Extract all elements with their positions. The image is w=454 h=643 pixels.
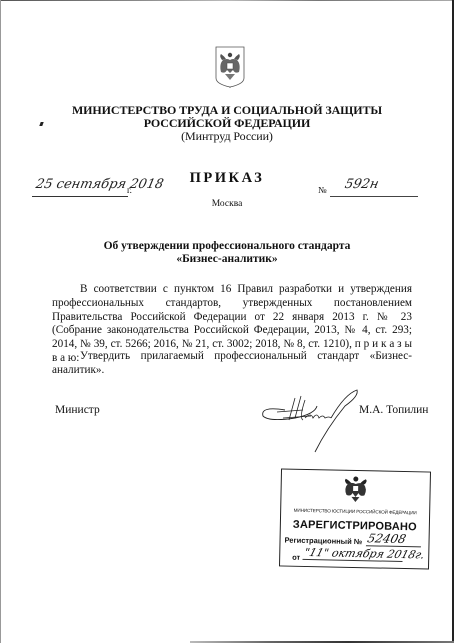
subject-line2: «Бизнес-аналитик» — [0, 253, 454, 266]
ministry-short-name: (Минтруд России) — [0, 130, 454, 143]
stamp-date-label: от — [292, 553, 300, 562]
subject-line1: Об утверждении профессионального стандар… — [0, 240, 454, 253]
stamp-date-value: "11" октября 2018г. — [302, 546, 406, 562]
city: Москва — [0, 199, 454, 209]
handwritten-signature-icon — [255, 388, 360, 458]
stamp-ministry-name: МИНИСТЕРСТВО ЮСТИЦИИ РОССИЙСКОЙ ФЕДЕРАЦИ… — [281, 507, 429, 515]
signer-title: Министр — [55, 404, 100, 416]
registration-stamp: МИНИСТЕРСТВО ЮСТИЦИИ РОССИЙСКОЙ ФЕДЕРАЦИ… — [279, 468, 431, 569]
stamp-regnum-label: Регистрационный № — [284, 536, 362, 547]
order-subject: Об утверждении профессионального стандар… — [0, 240, 454, 266]
order-date-handwritten: 25 сентября 2018 — [34, 177, 164, 192]
order-number-label: № — [318, 185, 327, 195]
russian-coat-of-arms-icon — [215, 46, 245, 88]
ministry-header: МИНИСТЕРСТВО ТРУДА И СОЦИАЛЬНОЙ ЗАЩИТЫ Р… — [0, 104, 454, 143]
page-edge-left — [0, 0, 1, 643]
date-suffix: г. — [127, 185, 132, 195]
signer-name: М.А. Топилин — [359, 404, 428, 416]
stamp-regnum-value: 52408 — [366, 531, 424, 547]
stamp-coat-of-arms-icon — [341, 475, 370, 504]
order-number-handwritten: 592н — [343, 177, 380, 192]
body-paragraph-2: Утвердить прилагаемый профессиональный с… — [52, 350, 412, 378]
page-edge-top — [0, 0, 454, 1]
